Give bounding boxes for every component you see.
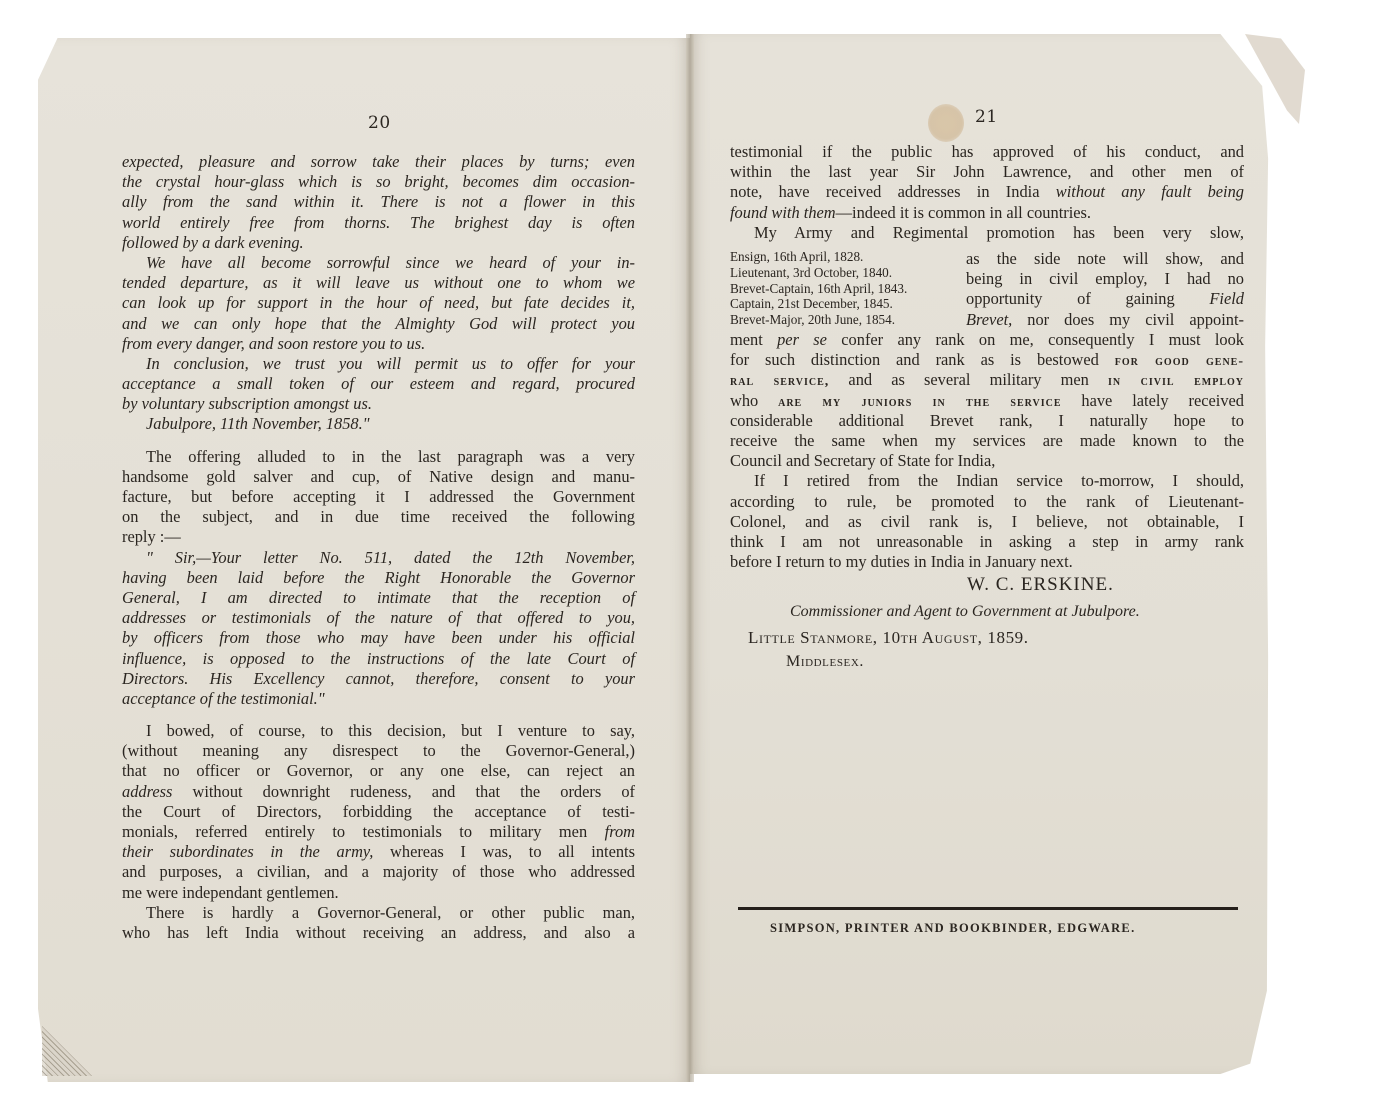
text-line: the Court of Directors, forbidding the a…: [122, 802, 635, 822]
text-line: facture, but before accepting it I addre…: [122, 487, 635, 507]
left-page-body: expected, pleasure and sorrow take their…: [122, 152, 635, 943]
text-line: ral service, and as several military men…: [730, 370, 1244, 390]
text-line: influence, is opposed to the instruction…: [122, 649, 635, 669]
text-line: followed by a dark evening.: [122, 233, 635, 253]
text-line: having been laid before the Right Honora…: [122, 568, 635, 588]
side-note-entry: Lieutenant, 3rd October, 1840.: [730, 265, 960, 281]
text-line: considerable additional Brevet rank, I n…: [730, 411, 1244, 431]
text-line: who are my juniors in the service have l…: [730, 391, 1244, 411]
right-page-body-top: testimonial if the public has approved o…: [730, 142, 1244, 243]
text-line: the crystal hour-glass which is so brigh…: [122, 172, 635, 192]
text-line: opportunity of gaining Field: [966, 289, 1244, 309]
text-line: Directors. His Excellency cannot, theref…: [122, 669, 635, 689]
text-line: found with them—indeed it is common in a…: [730, 203, 1244, 223]
side-note-entry: Brevet-Captain, 16th April, 1843.: [730, 281, 960, 297]
text-line: who has left India without receiving an …: [122, 923, 635, 943]
text-line: tended departure, as it will leave us wi…: [122, 273, 635, 293]
text-line: can look up for support in the hour of n…: [122, 293, 635, 313]
text-line: expected, pleasure and sorrow take their…: [122, 152, 635, 172]
text-line: My Army and Regimental promotion has bee…: [730, 223, 1244, 243]
printer-imprint: SIMPSON, PRINTER AND BOOKBINDER, EDGWARE…: [770, 921, 1210, 936]
text-line: on the subject, and in due time received…: [122, 507, 635, 527]
county: Middlesex.: [786, 653, 864, 671]
text-line: [122, 435, 635, 447]
text-line: Council and Secretary of State for India…: [730, 451, 1244, 471]
side-note-entry: Brevet-Major, 20th June, 1854.: [730, 312, 960, 328]
text-line: from every danger, and soon restore you …: [122, 334, 635, 354]
text-line: Jabulpore, 11th November, 1858.": [122, 414, 635, 434]
text-line: We have all become sorrowful since we he…: [122, 253, 635, 273]
text-line: address without downright rudeness, and …: [122, 782, 635, 802]
text-line: Brevet, nor does my civil appoint-: [966, 310, 1244, 330]
text-line: addresses or testimonials of the nature …: [122, 608, 635, 628]
text-line: (without meaning any disrespect to the G…: [122, 741, 635, 761]
text-line: If I retired from the Indian service to-…: [730, 471, 1244, 491]
right-page-body-beside-note: as the side note will show, andbeing in …: [966, 249, 1244, 330]
text-line: Colonel, and as civil rank is, I believe…: [730, 512, 1244, 532]
text-line: ment per se confer any rank on me, conse…: [730, 330, 1244, 350]
text-line: within the last year Sir John Lawrence, …: [730, 162, 1244, 182]
side-note-entry: Ensign, 16th April, 1828.: [730, 249, 960, 265]
text-line: and we can only hope that the Almighty G…: [122, 314, 635, 334]
text-line: receive the same when my services are ma…: [730, 431, 1244, 451]
signature: W. C. ERSKINE.: [967, 574, 1114, 596]
text-line: me were independant gentlemen.: [122, 883, 635, 903]
text-line: The offering alluded to in the last para…: [122, 447, 635, 467]
promotion-side-note: Ensign, 16th April, 1828.Lieutenant, 3rd…: [730, 249, 960, 328]
text-line: " Sir,—Your letter No. 511, dated the 12…: [122, 548, 635, 568]
text-line: acceptance a small token of our esteem a…: [122, 374, 635, 394]
text-line: think I am not unreasonable in asking a …: [730, 532, 1244, 552]
text-line: There is hardly a Governor-General, or o…: [122, 903, 635, 923]
page-number-left: 20: [368, 113, 391, 133]
book-gutter: [686, 34, 694, 1082]
text-line: [122, 709, 635, 721]
text-line: as the side note will show, and: [966, 249, 1244, 269]
text-line: I bowed, of course, to this decision, bu…: [122, 721, 635, 741]
text-line: note, have received addresses in India w…: [730, 182, 1244, 202]
text-line: by voluntary subscription amongst us.: [122, 394, 635, 414]
text-line: reply :—: [122, 527, 635, 547]
right-page-body-bottom: ment per se confer any rank on me, conse…: [730, 330, 1244, 572]
text-line: In conclusion, we trust you will permit …: [122, 354, 635, 374]
text-line: according to rule, be promoted to the ra…: [730, 492, 1244, 512]
text-line: before I return to my duties in India in…: [730, 552, 1244, 572]
text-line: being in civil employ, I had no: [966, 269, 1244, 289]
page-number-right: 21: [975, 107, 998, 127]
foxing-stain: [928, 104, 964, 142]
text-line: acceptance of the testimonial.": [122, 689, 635, 709]
text-line: monials, referred entirely to testimonia…: [122, 822, 635, 842]
text-line: General, I am directed to intimate that …: [122, 588, 635, 608]
text-line: handsome gold salver and cup, of Native …: [122, 467, 635, 487]
text-line: and purposes, a civilian, and a majority…: [122, 862, 635, 882]
signature-title: Commissioner and Agent to Government at …: [790, 603, 1140, 621]
side-note-entry: Captain, 21st December, 1845.: [730, 296, 960, 312]
text-line: that no officer or Governor, or any one …: [122, 761, 635, 781]
text-line: world entirely free from thorns. The bri…: [122, 213, 635, 233]
text-line: ally from the sand within it. There is n…: [122, 192, 635, 212]
imprint-rule: [738, 907, 1238, 910]
text-line: their subordinates in the army, whereas …: [122, 842, 635, 862]
text-line: testimonial if the public has approved o…: [730, 142, 1244, 162]
text-line: for such distinction and rank as is best…: [730, 350, 1244, 370]
text-line: by officers from those who may have been…: [122, 628, 635, 648]
place-and-date: Little Stanmore, 10th August, 1859.: [748, 628, 1029, 648]
